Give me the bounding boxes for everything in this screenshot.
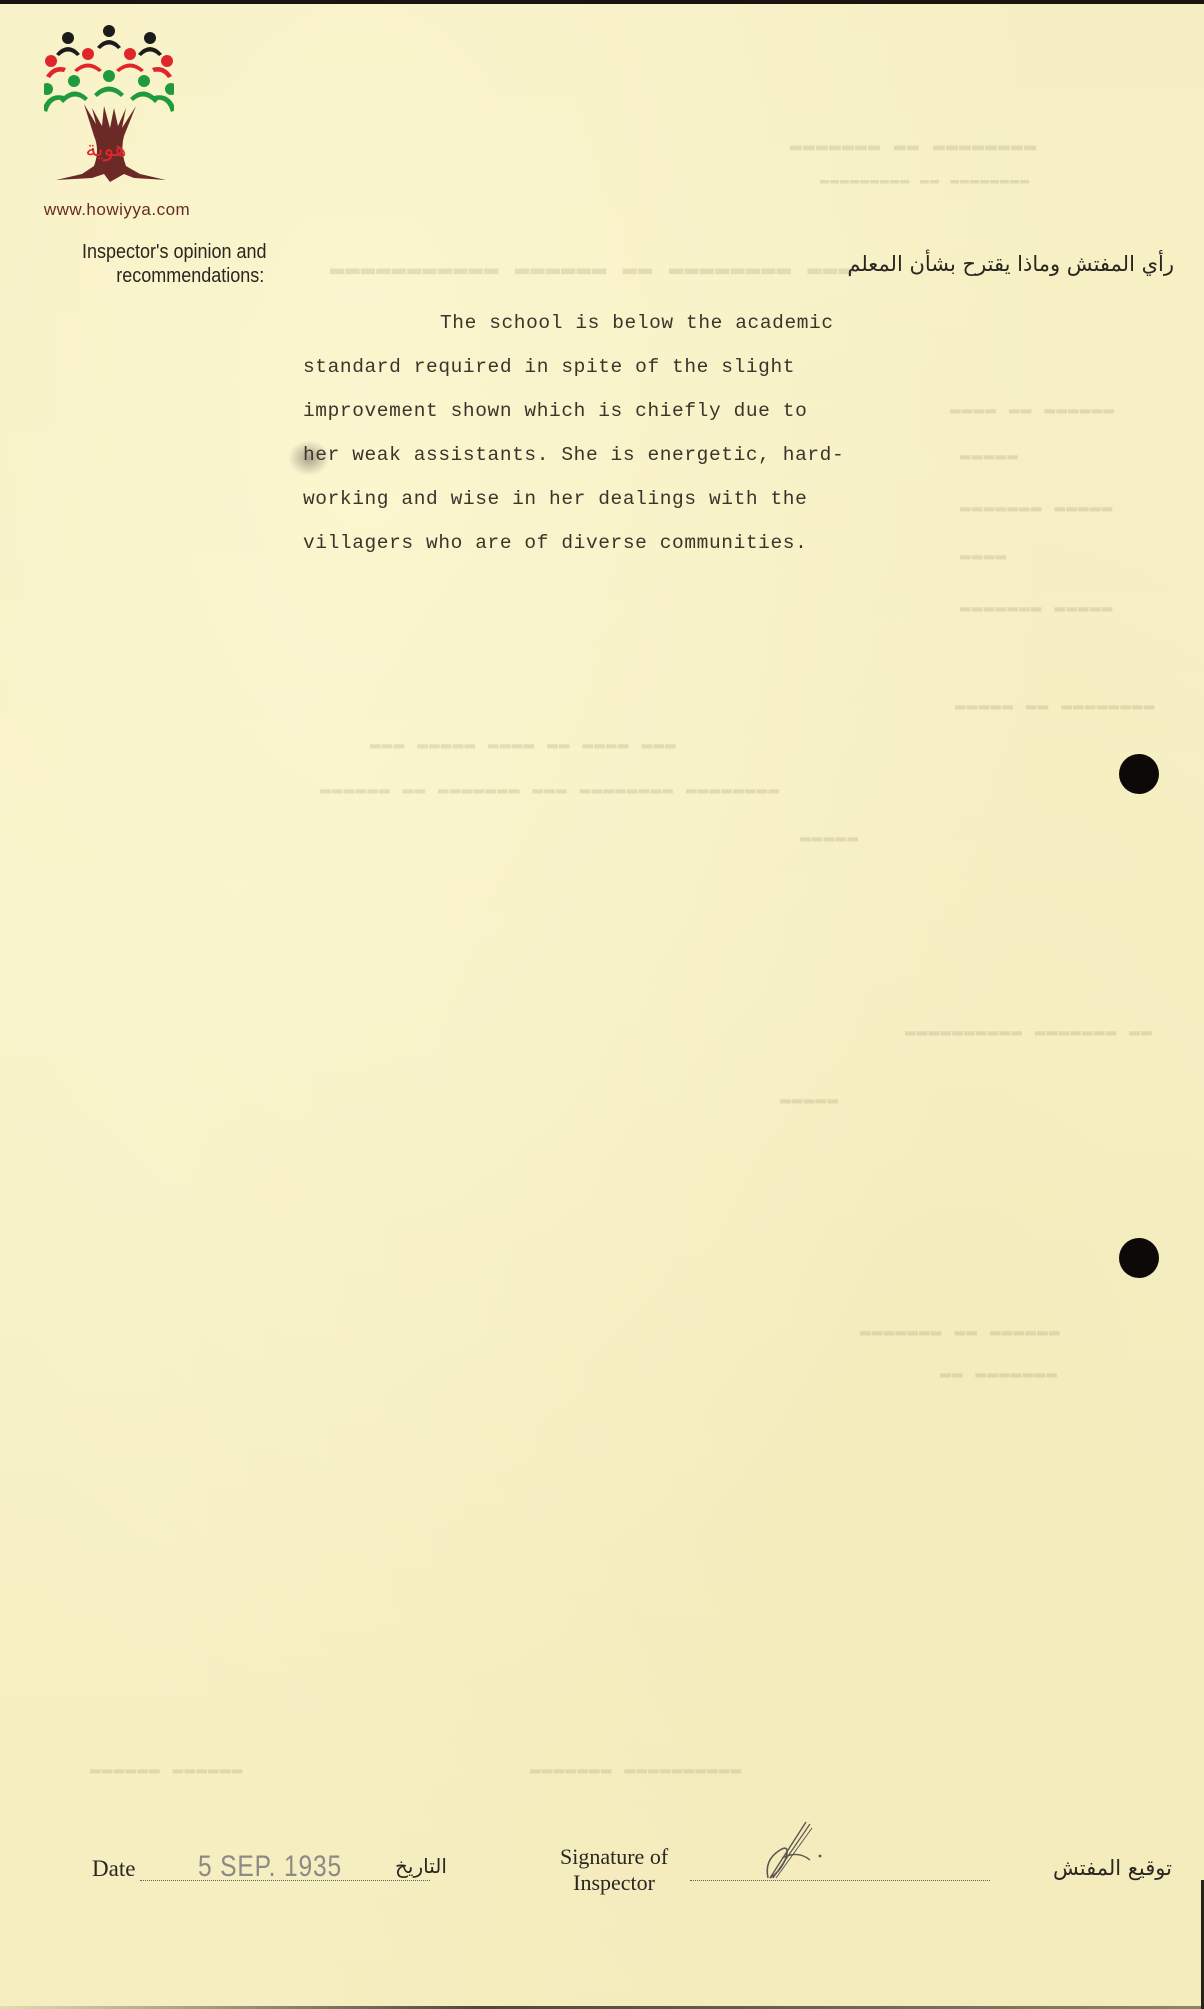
signature-scribble-icon <box>760 1820 840 1884</box>
bleed-through-text: ▬▬ ▬▬▬▬▬▬▬ <box>940 1364 1058 1384</box>
punch-hole <box>1119 754 1159 794</box>
bleed-through-text: ▬▬▬▬▬▬ ▬▬▬▬▬▬ <box>90 1760 243 1780</box>
bleed-through-text: ▬▬▬▬▬▬▬▬▬▬▬ ▬▬▬▬▬▬ ▬▬ ▬▬▬▬▬▬▬▬ ▬▬▬ <box>330 256 854 283</box>
opinion-line: working and wise in her dealings with th… <box>303 486 1003 530</box>
scan-top-edge <box>0 0 1204 4</box>
ink-smudge <box>288 440 330 476</box>
document-page: ▬▬▬▬▬▬▬ ▬▬ ▬▬▬▬▬▬▬▬ ▬▬▬▬▬▬▬▬▬ ▬▬ ▬▬▬▬▬▬▬… <box>0 0 1204 2009</box>
date-label-arabic: التاريخ <box>395 1854 447 1878</box>
bleed-through-text: ▬▬▬ ▬▬▬▬▬ ▬▬▬▬ ▬▬ ▬▬▬▬ ▬▬▬ <box>370 735 677 755</box>
date-stamp: 5 SEP. 1935 <box>198 1850 342 1884</box>
section-label-english: Inspector's opinion and recommendations: <box>82 240 267 288</box>
opinion-line: villagers who are of diverse communities… <box>303 530 1003 574</box>
signature-label: Signature of Inspector <box>560 1844 668 1896</box>
opinion-line: The school is below the academic <box>303 310 1003 354</box>
bleed-through-text: ▬▬▬▬▬▬▬▬▬▬ ▬▬▬▬▬▬▬ ▬▬ <box>905 1022 1153 1042</box>
bleed-through-text: ▬▬▬▬▬▬▬▬▬ ▬▬ ▬▬▬▬▬▬▬▬ <box>820 172 1030 189</box>
punch-hole <box>1119 1238 1159 1278</box>
bleed-through-text: ▬▬▬▬▬▬▬ ▬▬ ▬▬▬▬▬▬ <box>860 1322 1061 1342</box>
section-label-arabic: رأي المفتش وماذا يقترح بشأن المعلم <box>847 252 1174 276</box>
logo-url-text[interactable]: www.howiyya.com <box>22 200 212 220</box>
bleed-through-text: ▬▬▬▬▬ <box>780 1090 839 1110</box>
bleed-through-text: ▬▬▬▬▬▬▬ ▬▬ ▬▬▬▬▬▬▬▬ <box>790 135 1037 158</box>
signature-dotted-line <box>690 1880 990 1881</box>
section-label-line1: Inspector's opinion and <box>82 240 267 264</box>
date-label: Date <box>92 1856 135 1882</box>
opinion-line: standard required in spite of the slight <box>303 354 1003 398</box>
bleed-through-text: ▬▬▬▬▬▬ ▬▬ ▬▬▬▬▬▬▬ ▬▬▬ ▬▬▬▬▬▬▬▬ ▬▬▬▬▬▬▬▬ <box>320 780 780 800</box>
tree-of-people-icon: هوية <box>44 24 174 192</box>
bleed-through-text: ▬▬▬▬▬ <box>800 828 859 848</box>
signature-label-line2: Inspector <box>560 1870 668 1896</box>
bleed-through-text: ▬▬▬▬▬ ▬▬ ▬▬▬▬▬▬▬▬ <box>955 696 1156 716</box>
inspector-opinion-text: The school is below the academic standar… <box>303 310 1003 574</box>
bleed-through-text: ▬▬▬▬▬▬▬ ▬▬▬▬▬▬▬▬▬▬ <box>530 1760 742 1780</box>
svg-text:هوية: هوية <box>86 137 127 162</box>
signature-label-arabic: توقيع المفتش <box>1053 1856 1172 1880</box>
opinion-line: her weak assistants. She is energetic, h… <box>303 442 1003 486</box>
opinion-line: improvement shown which is chiefly due t… <box>303 398 1003 442</box>
bleed-through-text: ▬▬▬▬▬▬▬ ▬▬▬▬▬ <box>960 598 1113 618</box>
signature-label-line1: Signature of <box>560 1844 668 1870</box>
section-label-line2: recommendations: <box>82 264 267 288</box>
howiyya-logo[interactable]: هوية www.howiyya.com <box>22 24 202 224</box>
footer-signature-row: Date 5 SEP. 1935 التاريخ Signature of In… <box>0 1820 1204 1900</box>
